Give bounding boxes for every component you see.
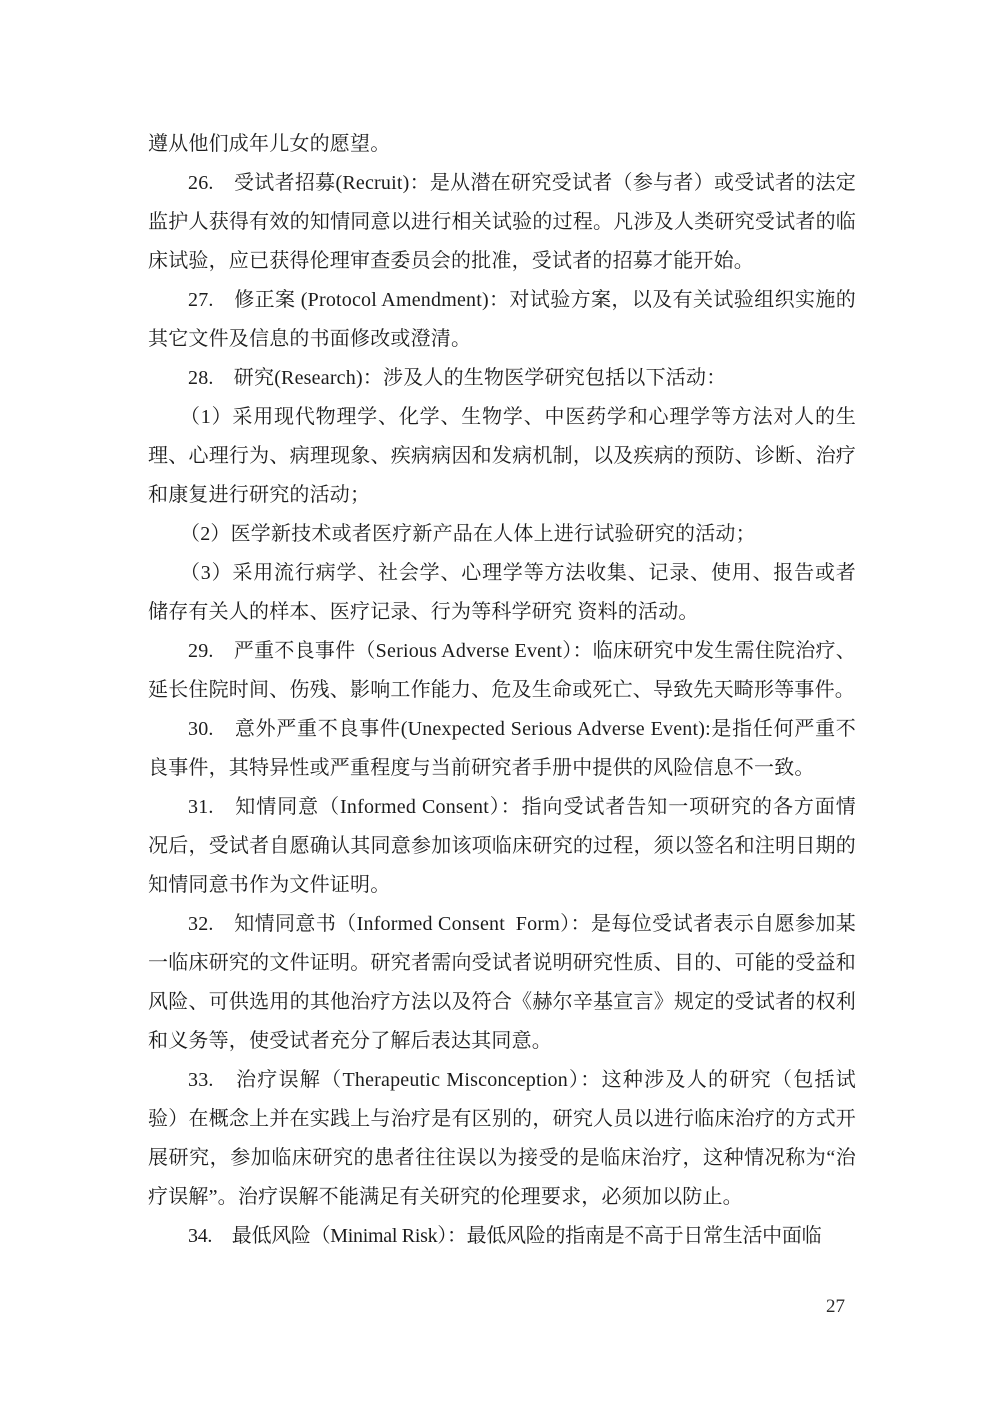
term-29-serious-adverse-event: 29. 严重不良事件（Serious Adverse Event）：临床研究中发… xyxy=(148,632,856,710)
term-30-unexpected-serious-adverse-event: 30. 意外严重不良事件(Unexpected Serious Adverse … xyxy=(148,710,856,788)
research-activity-item-1: （1）采用现代物理学、化学、生物学、中医药学和心理学等方法对人的生理、心理行为、… xyxy=(148,398,856,515)
document-page: 遵从他们成年儿女的愿望。 26. 受试者招募(Recruit)：是从潜在研究受试… xyxy=(0,0,1000,1413)
term-26-recruit: 26. 受试者招募(Recruit)：是从潜在研究受试者（参与者）或受试者的法定… xyxy=(148,164,856,281)
research-activity-item-3: （3）采用流行病学、社会学、心理学等方法收集、记录、使用、报告或者储存有关人的样… xyxy=(148,554,856,632)
term-34-minimal-risk: 34. 最低风险（Minimal Risk）：最低风险的指南是不高于日常生活中面… xyxy=(148,1217,856,1256)
term-33-therapeutic-misconception: 33. 治疗误解（Therapeutic Misconception）：这种涉及… xyxy=(148,1061,856,1217)
term-27-protocol-amendment: 27. 修正案 (Protocol Amendment)：对试验方案，以及有关试… xyxy=(148,281,856,359)
paragraph-carryover: 遵从他们成年儿女的愿望。 xyxy=(148,125,856,164)
document-text-block: 遵从他们成年儿女的愿望。 26. 受试者招募(Recruit)：是从潜在研究受试… xyxy=(148,125,856,1256)
research-activity-item-2: （2）医学新技术或者医疗新产品在人体上进行试验研究的活动； xyxy=(148,515,856,554)
term-32-informed-consent-form: 32. 知情同意书（Informed Consent Form）：是每位受试者表… xyxy=(148,905,856,1061)
page-number: 27 xyxy=(826,1296,845,1318)
term-28-research: 28. 研究(Research)：涉及人的生物医学研究包括以下活动： xyxy=(148,359,856,398)
term-31-informed-consent: 31. 知情同意（Informed Consent）：指向受试者告知一项研究的各… xyxy=(148,788,856,905)
